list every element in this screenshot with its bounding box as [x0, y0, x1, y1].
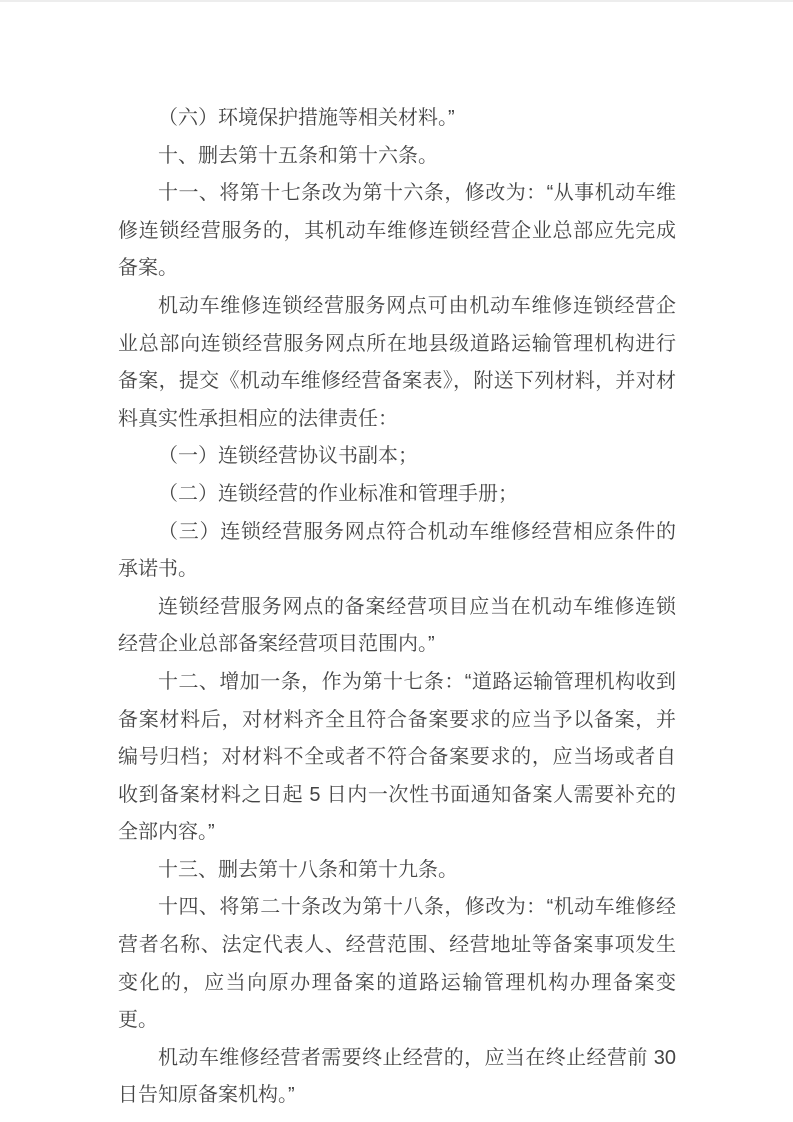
page-top-divider	[0, 0, 793, 2]
paragraph: 十三、删去第十八条和第十九条。	[118, 852, 676, 890]
document-page: （六）环境保护措施等相关材料。”十、删去第十五条和第十六条。十一、将第十七条改为…	[0, 0, 793, 1122]
paragraph: 十、删去第十五条和第十六条。	[118, 138, 676, 176]
paragraph: （三）连锁经营服务网点符合机动车维修经营相应条件的承诺书。	[118, 514, 676, 589]
paragraph: 机动车维修经营者需要终止经营的，应当在终止经营前 30 日告知原备案机构。”	[118, 1040, 676, 1115]
paragraph: （二）连锁经营的作业标准和管理手册；	[118, 476, 676, 514]
paragraph: 机动车维修连锁经营服务网点可由机动车维修连锁经营企业总部向连锁经营服务网点所在地…	[118, 288, 676, 438]
paragraph: （六）环境保护措施等相关材料。”	[118, 100, 676, 138]
paragraph: （一）连锁经营协议书副本；	[118, 438, 676, 476]
document-content: （六）环境保护措施等相关材料。”十、删去第十五条和第十六条。十一、将第十七条改为…	[0, 0, 793, 1115]
paragraph: 十二、增加一条，作为第十七条：“道路运输管理机构收到备案材料后，对材料齐全且符合…	[118, 664, 676, 852]
paragraph: 十一、将第十七条改为第十六条，修改为：“从事机动车维修连锁经营服务的，其机动车维…	[118, 175, 676, 288]
paragraph: 十四、将第二十条改为第十八条，修改为：“机动车维修经营者名称、法定代表人、经营范…	[118, 889, 676, 1039]
paragraph: 连锁经营服务网点的备案经营项目应当在机动车维修连锁经营企业总部备案经营项目范围内…	[118, 589, 676, 664]
